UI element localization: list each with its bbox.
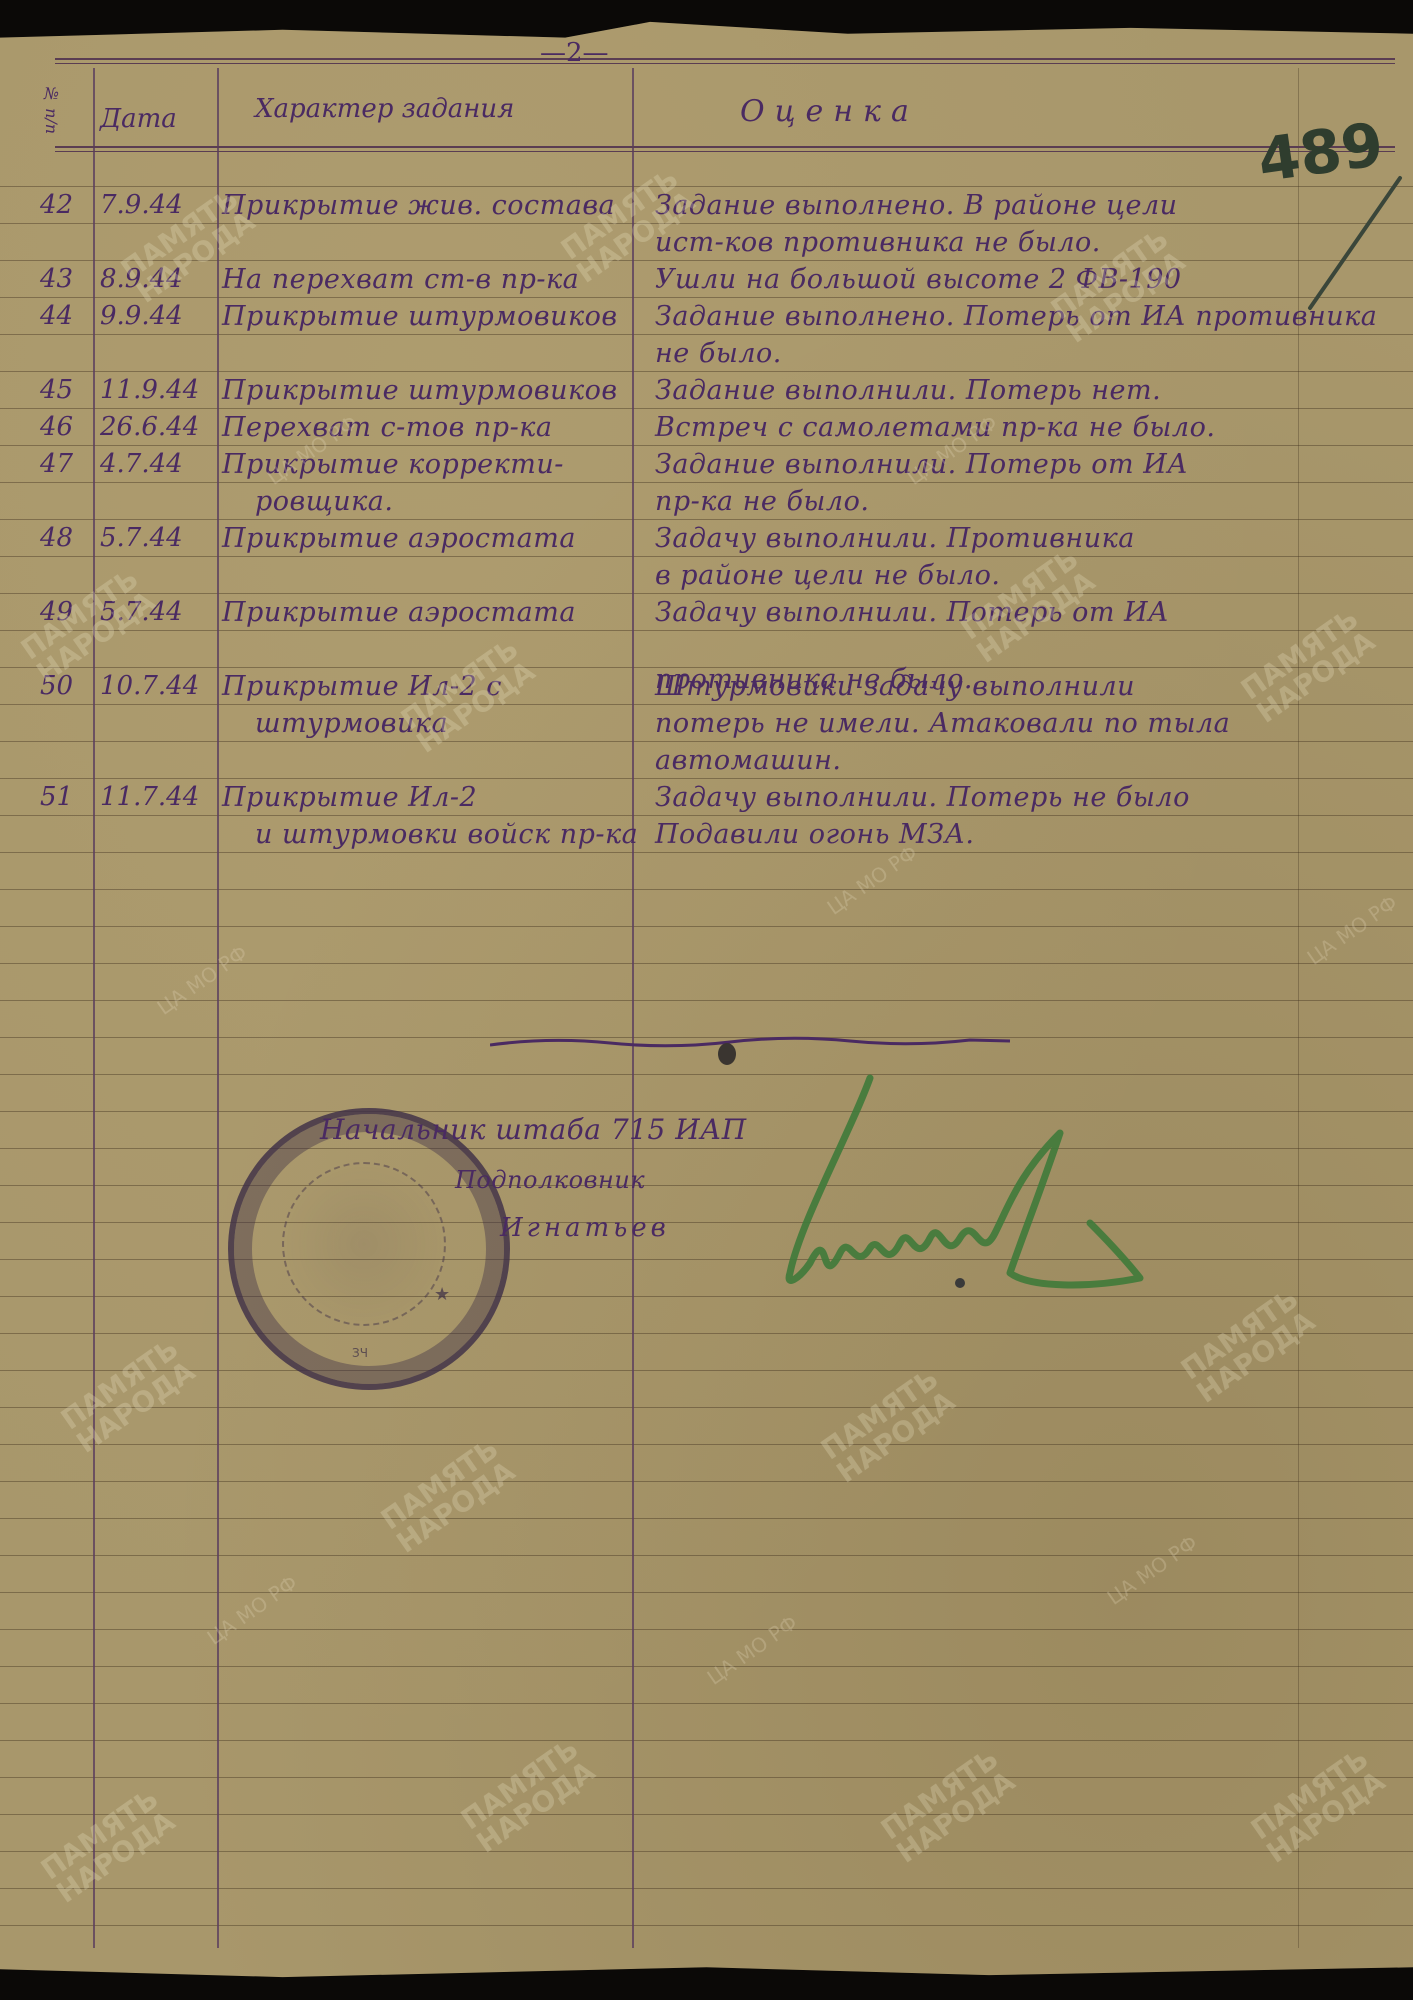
ruled-line [0,889,1413,890]
row-number: 45 [40,375,73,405]
ruled-line [0,1666,1413,1667]
row-task: и штурмовки войск пр-ка [255,819,638,850]
ruled-line [0,1555,1413,1556]
watermark-text: ПАМЯТЬ НАРОДА [456,1734,600,1858]
row-assessment: Задание выполнено. Потерь от ИА противни… [655,301,1377,332]
column-divider-task [632,68,634,1948]
row-date: 8.9.44 [100,264,183,294]
row-number: 42 [40,190,73,220]
ruled-line [0,1407,1413,1408]
header-task: Характер задания [255,94,514,124]
signature-title: Начальник штаба 715 ИАП [320,1113,747,1146]
stamp-star-icon: ★ [434,1284,450,1305]
ruled-line [0,1851,1413,1852]
watermark-text: ПАМЯТЬ НАРОДА [56,1334,200,1458]
watermark-archive: ЦА МО РФ [1303,890,1402,969]
row-date: 26.6.44 [100,412,199,442]
ruled-line [0,926,1413,927]
row-date: 11.7.44 [100,782,199,812]
ruled-line [0,1777,1413,1778]
row-task: Прикрытие жив. состава [222,190,615,221]
row-number: 43 [40,264,73,294]
row-date: 7.9.44 [100,190,183,220]
row-task: Прикрытие аэростата [222,597,576,628]
row-assessment: Задание выполнили. Потерь от ИА [655,449,1188,480]
ruled-line [0,297,1413,298]
watermark-text: ПАМЯТЬ НАРОДА [376,1434,520,1558]
watermark-text: ПАМЯТЬ НАРОДА [816,1364,960,1488]
column-divider-number [93,68,95,1948]
row-assessment: автомашин. [655,745,842,776]
ruled-line [0,334,1413,335]
ruled-line [0,852,1413,853]
ruled-line [0,556,1413,557]
ruled-line [0,630,1413,631]
ruled-line [0,1185,1413,1186]
ruled-line [0,1925,1413,1926]
ruled-line [0,963,1413,964]
row-number: 47 [40,449,73,479]
header-bottom-border [55,146,1395,152]
ruled-line [0,704,1413,705]
row-assessment: Задание выполнено. В районе цели [655,190,1178,221]
ruled-line [0,1296,1413,1297]
ruled-line [0,519,1413,520]
watermark-archive: ЦА МО РФ [703,1610,802,1689]
archive-slash-mark [1300,168,1410,318]
stamp-text-bottom: ЗЧ [352,1346,368,1360]
row-date: 11.9.44 [100,375,199,405]
row-assessment: Штурмовики задачу выполнили [655,671,1135,702]
ruled-line [0,1592,1413,1593]
header-top-border [55,58,1395,64]
row-number: 46 [40,412,73,442]
signature-name: Игнатьев [500,1213,670,1243]
ruled-line [0,593,1413,594]
row-assessment: Встреч с самолетами пр-ка не было. [655,412,1215,443]
row-assessment: Задачу выполнили. Потерь от ИА [655,597,1169,628]
watermark-text: ПАМЯТЬ НАРОДА [876,1744,1020,1868]
ruled-line [0,186,1413,187]
row-date: 4.7.44 [100,449,183,479]
ruled-line [0,1888,1413,1889]
ruled-line [0,1000,1413,1001]
ruled-line [0,741,1413,742]
ruled-line [0,482,1413,483]
handwritten-signature [760,1073,1160,1303]
ruled-line [0,408,1413,409]
row-assessment: не было. [655,338,782,369]
ruled-line [0,260,1413,261]
column-divider-date [217,68,219,1948]
row-assessment: потерь не имели. Атаковали по тыла [655,708,1230,739]
row-date: 5.7.44 [100,597,183,627]
ruled-line [0,1259,1413,1260]
ruled-line [0,1370,1413,1371]
ruled-line [0,1222,1413,1223]
row-task: Прикрытие Ил-2 с [222,671,502,702]
ruled-line [0,1629,1413,1630]
row-assessment: в районе цели не было. [655,560,1001,591]
watermark-archive: ЦА МО РФ [153,940,252,1019]
row-assessment: Подавили огонь МЗА. [655,819,975,850]
watermark-text: ПАМЯТЬ НАРОДА [1246,1744,1390,1868]
page-number: —2— [540,38,609,68]
header-number: № п/п [42,84,61,134]
row-assessment: Задание выполнили. Потерь нет. [655,375,1161,406]
row-task: штурмовика [255,708,448,739]
ruled-line [0,223,1413,224]
row-assessment: Задачу выполнили. Потерь не было [655,782,1190,813]
row-assessment: пр-ка не было. [655,486,869,517]
ruled-line [0,1814,1413,1815]
ink-blot [718,1043,736,1065]
ruled-line [0,445,1413,446]
row-number: 44 [40,301,73,331]
row-date: 10.7.44 [100,671,199,701]
row-task: Прикрытие корректи- [222,449,564,480]
row-number: 51 [40,782,73,812]
ruled-line [0,1444,1413,1445]
row-date: 9.9.44 [100,301,183,331]
row-task: Прикрытие штурмовиков [222,375,618,406]
document-sheet: —2— 489 № п/п Дата Характер задания Оцен… [0,18,1413,1983]
row-assessment: ист-ков противника не было. [655,227,1101,258]
watermark-text: ПАМЯТЬ НАРОДА [36,1784,180,1908]
signature-rank: Подполковник [455,1166,645,1194]
row-number: 48 [40,523,73,553]
row-task: Прикрытие Ил-2 [222,782,477,813]
ruled-line [0,778,1413,779]
ruled-line [0,1481,1413,1482]
watermark-text: ПАМЯТЬ НАРОДА [1236,604,1380,728]
ruled-line [0,1518,1413,1519]
row-task: Прикрытие аэростата [222,523,576,554]
ruled-line [0,1111,1413,1112]
row-number: 50 [40,671,73,701]
column-divider-right [1298,68,1299,1948]
row-assessment: Задачу выполнили. Противника [655,523,1135,554]
row-task: Прикрытие штурмовиков [222,301,618,332]
row-task: Перехват с-тов пр-ка [222,412,552,443]
header-date: Дата [100,104,177,134]
ruled-line [0,371,1413,372]
watermark-archive: ЦА МО РФ [1103,1530,1202,1609]
ruled-line [0,1148,1413,1149]
official-stamp: ★ ЗЧ [228,1108,510,1390]
ruled-line [0,1703,1413,1704]
row-assessment: Ушли на большой высоте 2 ФВ-190 [655,264,1182,295]
ruled-line [0,1074,1413,1075]
row-task: На перехват ст-в пр-ка [222,264,579,295]
row-number: 49 [40,597,73,627]
closing-underline [490,1033,1020,1053]
row-task: ровщика. [255,486,393,517]
ruled-line [0,815,1413,816]
row-date: 5.7.44 [100,523,183,553]
header-assessment: Оценка [740,94,919,129]
ruled-line [0,1740,1413,1741]
ruled-line [0,1333,1413,1334]
stamp-emblem [282,1162,446,1326]
